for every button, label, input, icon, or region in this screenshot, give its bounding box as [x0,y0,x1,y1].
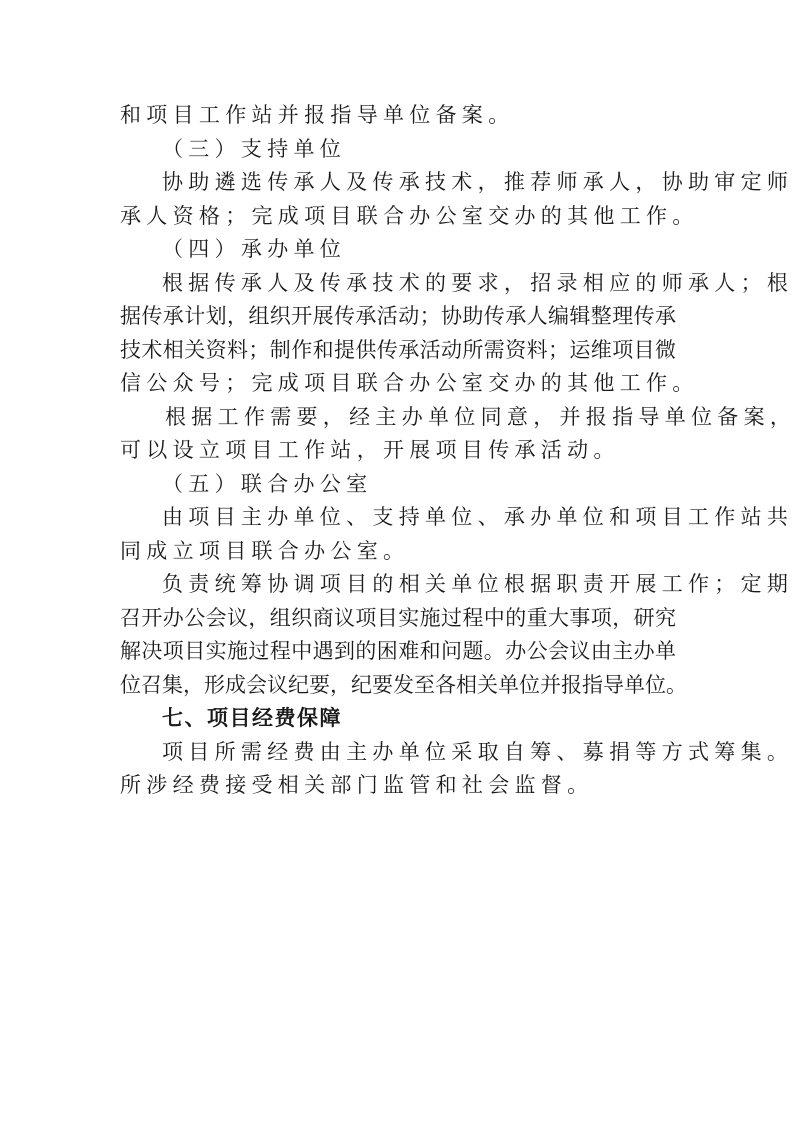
body-text-line: 解决项目实施过程中遇到的困难和问题。办公会议由主办单 [120,635,676,669]
body-text-line: 召开办公会议，组织商议项目实施过程中的重大事项，研究 [120,602,676,636]
body-text-line: 负责统筹协调项目的相关单位根据职责开展工作；定期 [120,568,676,602]
body-text-line: 可以设立项目工作站，开展项目传承活动。 [120,434,676,468]
body-text-line: 根据工作需要，经主办单位同意，并报指导单位备案， [120,401,676,435]
section-subheading-organizing-unit: （四）承办单位 [120,233,676,267]
body-text-line: 根据传承人及传承技术的要求，招录相应的师承人；根 [120,267,676,301]
document-page: 和项目工作站并报指导单位备案。 （三）支持单位 协助遴选传承人及传承技术，推荐师… [120,99,676,803]
body-text-line: 所涉经费接受相关部门监管和社会监督。 [120,769,676,803]
body-text-line: 由项目主办单位、支持单位、承办单位和项目工作站共 [120,501,676,535]
section-subheading-joint-office: （五）联合办公室 [120,468,676,502]
section-heading-funding: 七、项目经费保障 [120,702,676,736]
body-text-line: 据传承计划，组织开展传承活动；协助传承人编辑整理传承 [120,300,676,334]
body-text-line: 和项目工作站并报指导单位备案。 [120,99,676,133]
body-text-line: 承人资格；完成项目联合办公室交办的其他工作。 [120,200,676,234]
body-text-line: 技术相关资料；制作和提供传承活动所需资料；运维项目微 [120,334,676,368]
body-text-line: 协助遴选传承人及传承技术，推荐师承人，协助审定师 [120,166,676,200]
body-text-line: 项目所需经费由主办单位采取自筹、募捐等方式筹集。 [120,736,676,770]
body-text-line: 信公众号；完成项目联合办公室交办的其他工作。 [120,367,676,401]
section-subheading-support-unit: （三）支持单位 [120,133,676,167]
body-text-line: 位召集，形成会议纪要，纪要发至各相关单位并报指导单位。 [120,669,676,703]
body-text-line: 同成立项目联合办公室。 [120,535,676,569]
